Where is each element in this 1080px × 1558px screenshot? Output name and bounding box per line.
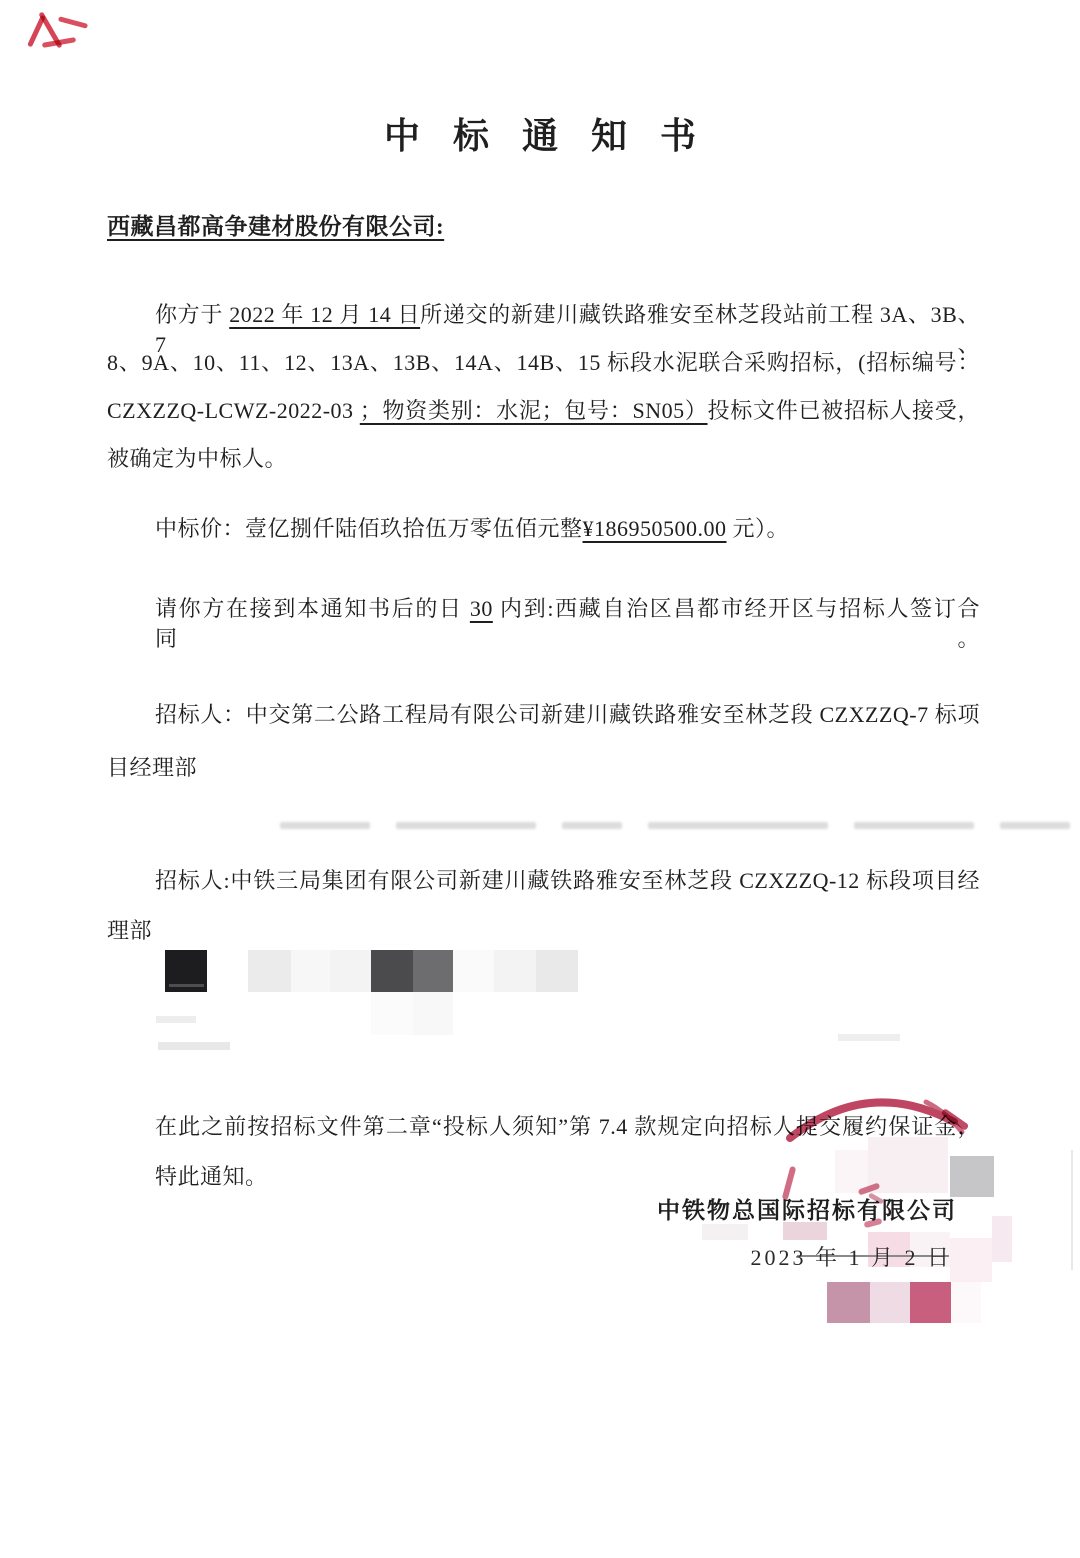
redaction-block [169, 984, 204, 987]
page-title: 中 标 通 知 书 [0, 108, 1080, 159]
ghost-text-bar [1000, 822, 1070, 829]
bleedthrough-ghost-text [280, 822, 1070, 829]
redaction-block [950, 1156, 994, 1197]
para1-line2: 8、9A、10、11、12、13A、13B、14A、14B、15 标段水泥联合采… [107, 348, 980, 378]
redaction-block [838, 1034, 900, 1041]
tenderer2-line1: 招标人:中铁三局集团有限公司新建川藏铁路雅安至林芝段 CZXZZQ-12 标段项… [155, 866, 980, 896]
addressee-line: 西藏昌都高争建材股份有限公司: [107, 212, 444, 242]
contract-days: 30 [470, 596, 493, 621]
redaction-block [291, 950, 330, 992]
redaction-block [371, 992, 413, 1035]
redaction-block [992, 1216, 1012, 1262]
redaction-block [835, 1150, 868, 1193]
tenderer1-line2: 目经理部 [107, 753, 197, 783]
redaction-block [158, 1042, 230, 1050]
redaction-block [870, 1282, 910, 1323]
package-info: ；物资类别：水泥；包号：SN05） [360, 398, 708, 423]
tenderer1-line1: 招标人：中交第二公路工程局有限公司新建川藏铁路雅安至林芝段 CZXZZQ-7 标… [155, 700, 980, 730]
contract-pre: 请你方在接到本通知书后的日 [155, 596, 470, 621]
redaction-block [950, 1238, 992, 1282]
para1-line4: 被确定为中标人。 [107, 444, 287, 474]
redaction-block [413, 992, 453, 1035]
redaction-block [330, 950, 371, 992]
tender-code: CZXZZQ-LCWZ-2022-03 [107, 398, 360, 423]
closing-line2: 特此通知。 [155, 1162, 268, 1192]
ghost-text-bar [280, 822, 370, 829]
redaction-block [371, 950, 413, 992]
redaction-block [702, 1224, 748, 1240]
redaction-block [536, 950, 578, 992]
price-amount: ¥186950500.00 [583, 516, 727, 541]
para1-line3: CZXZZQ-LCWZ-2022-03 ；物资类别：水泥；包号：SN05）投标文… [107, 396, 980, 426]
redaction-block [827, 1282, 870, 1323]
redaction-block [910, 1282, 951, 1323]
price-post: 元）。 [727, 516, 790, 541]
tenderer2-line2: 理部 [107, 916, 152, 946]
ghost-text-bar [562, 822, 622, 829]
ghost-text-bar [854, 822, 974, 829]
redaction-block [1071, 1150, 1073, 1270]
redaction-block [156, 1016, 196, 1023]
redaction-block [248, 950, 291, 992]
redaction-block [453, 950, 494, 992]
redaction-block [494, 950, 536, 992]
price-words: 中标价：壹亿捌仟陆佰玖拾伍万零伍佰元整 [155, 516, 583, 541]
para1-l1-pre: 你方于 [155, 302, 229, 327]
issuer-company: 中铁物总国际招标有限公司 [657, 1196, 957, 1226]
issue-date: 2023 年 1 月 2 日 [750, 1243, 952, 1273]
ghost-text-bar [648, 822, 828, 829]
ghost-text-bar [396, 822, 536, 829]
para1-l3-post: 投标文件已被招标人接受， [708, 398, 980, 423]
redaction-block [951, 1282, 981, 1323]
submission-date: 2022 年 12 月 14 日 [229, 302, 420, 327]
document-page: 中 标 通 知 书 西藏昌都高争建材股份有限公司: 你方于 2022 年 12 … [0, 0, 1080, 1558]
red-pen-stroke [58, 16, 88, 29]
price-line: 中标价：壹亿捌仟陆佰玖拾伍万零伍佰元整¥186950500.00 元）。 [155, 514, 789, 544]
contract-line: 请你方在接到本通知书后的日 30 内到:西藏自治区昌都市经开区与招标人签订合同。 [155, 594, 980, 654]
redaction-block [413, 950, 453, 992]
addressee-company: 西藏昌都高争建材股份有限公司: [107, 214, 444, 239]
